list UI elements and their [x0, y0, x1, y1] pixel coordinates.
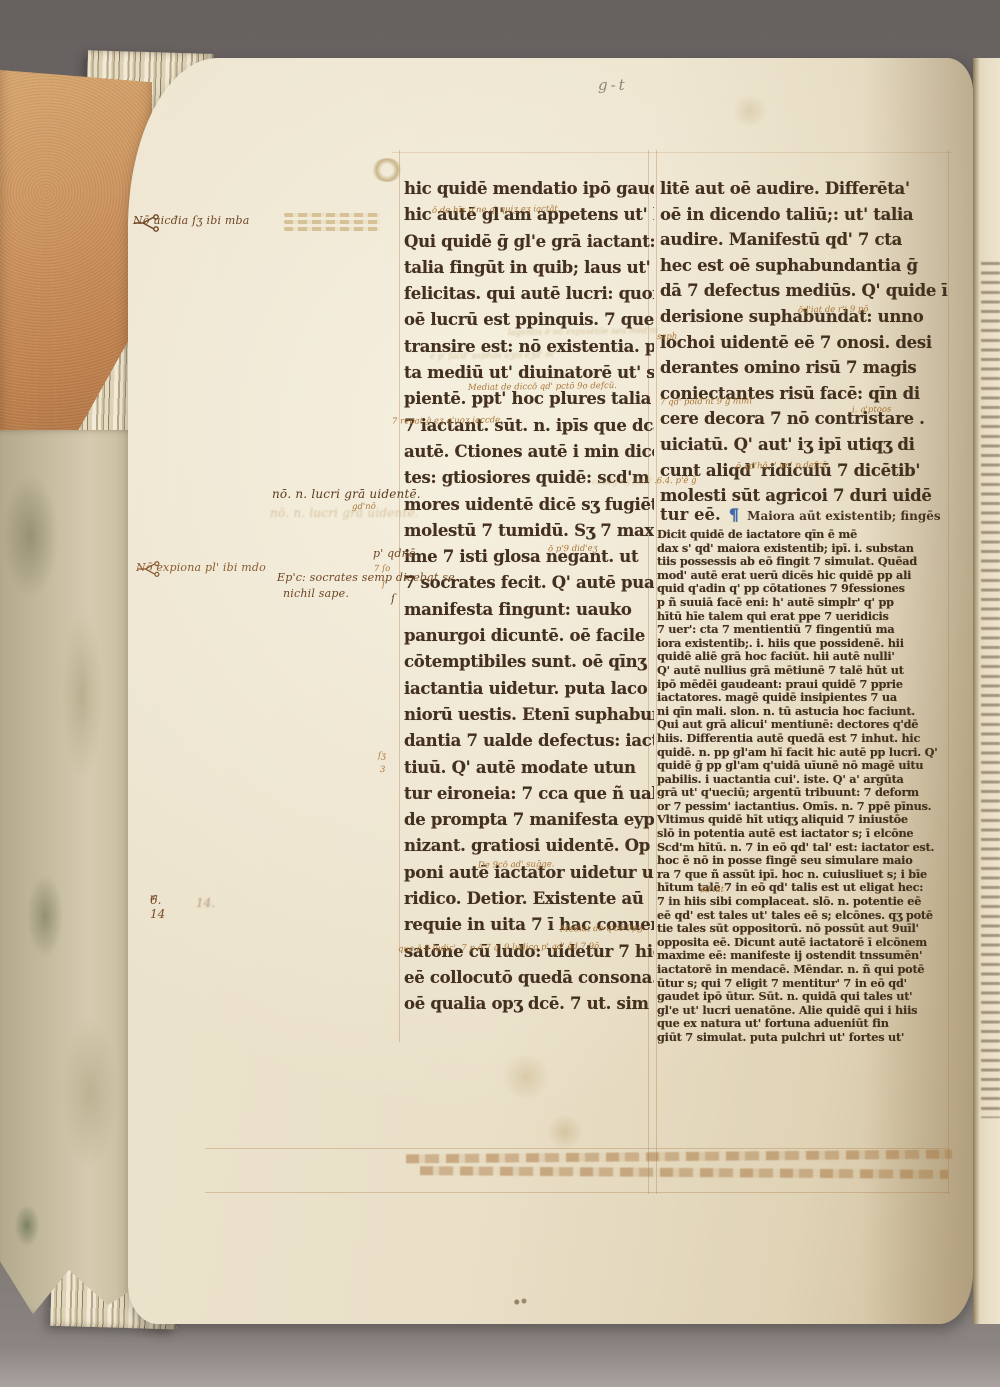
manuscript-text-line: p ñ suuiā facē eni: h' autē simplr' q' p…	[657, 596, 953, 610]
manuscript-text-line: litē aut oē audire. Differēta'	[660, 176, 952, 202]
manuscript-text-line: derantes omino risū 7 magis	[660, 355, 952, 381]
manuscript-text-line: dantia 7 ualde defectus: iacta	[404, 728, 654, 754]
manuscript-text-line: ime 7 isti glosa negant. ut	[404, 544, 654, 570]
manuscript-text-line: hoc ē nō in posse fingē seu simulare mai…	[657, 854, 953, 868]
manuscript-text-line: ni qīn mali. slon. n. tū astucia hoc fac…	[657, 705, 953, 719]
faded-margin-note	[284, 210, 380, 234]
manuscript-photograph: g-t hic quidē mendatio ipō gaudet.hic au…	[0, 0, 1000, 1387]
manuscript-text-line: tiis possessis ab eō fingit 7 simulat. Q…	[657, 555, 953, 569]
margin-note: p' qdnō	[373, 547, 416, 560]
manuscript-text-line: Q' autē nullius grā mētiunē 7 talē hūt u…	[657, 664, 953, 678]
manuscript-text-line: de prompta 7 manifesta eyp	[404, 807, 654, 833]
ruling-line-horizontal	[392, 152, 952, 153]
folio-pencil-mark: g-t	[598, 76, 628, 94]
manuscript-text-line: quidē aliē grā hoc faciūt. hii autē null…	[657, 650, 953, 664]
interlinear-gloss: De 9cō ad' suḡge.	[478, 859, 555, 870]
manuscript-text-line: cōtemptibiles sunt. oē qīnʒ	[404, 649, 654, 675]
ruling-line-horizontal	[205, 1148, 950, 1149]
margin-note: ſ	[391, 592, 395, 605]
manuscript-text-line: dā 7 defectus mediūs. Q' quide ī	[660, 278, 952, 304]
parchment-stain	[500, 1055, 552, 1099]
manuscript-text-line: pabilis. i uactantia cui'. iste. Q' a' a…	[657, 773, 953, 787]
blue-paraph-icon: ¶	[726, 505, 742, 524]
manuscript-text-line: Vltimus quidē hīt utiqʒ aliquid 7 iniust…	[657, 813, 953, 827]
interlinear-gloss: 7 repat ḡ eʒ q'uoʒ iaccde.	[392, 415, 503, 427]
manuscript-text-line: giūt 7 simulat. puta pulchri ut' fortes …	[657, 1031, 953, 1045]
interlinear-gloss: 7 ſo	[374, 564, 391, 574]
manuscript-text-line: hec est oē suphabundantia ḡ	[660, 253, 952, 279]
manuscript-text-line: panurgoi dicuntē. oē facile	[404, 623, 654, 649]
manuscript-text-line: oē qualia opʒ dcē. 7 ut. sim	[404, 991, 654, 1017]
manuscript-text-line: tie tales sūt oppositorū. nō possūt aut …	[657, 922, 953, 936]
manuscript-text-line: iactatorē in mendacē. Mēndar. n. ñ qui p…	[657, 963, 953, 977]
manuscript-text-line: gl'e ut' lucri uenatōne. Alie quidē qui …	[657, 1004, 953, 1018]
manuscript-text-line: iactantia uidetur. puta laco	[404, 676, 654, 702]
manuscript-text-line: quidē ḡ pp gl'am q'uidā uīunē nō magē ui…	[657, 759, 953, 773]
interlinear-gloss: ē p' facd' asphōs uʒio eʒd' m'	[430, 350, 556, 362]
margin-note: Nō expiona pl' ibi mdo	[136, 561, 160, 577]
manuscript-text-line: lochoi uidentē eē 7 onosi. desi	[660, 330, 952, 356]
manuscript-text-line: niorū uestis. Etenī suphabun	[404, 702, 654, 728]
interlinear-gloss: ſʒ	[378, 751, 386, 761]
text-column-left: hic quidē mendatio ipō gaudet.hic autē g…	[404, 176, 654, 1021]
manuscript-text-line: felicitas. qui autē lucri: quorū	[404, 281, 654, 307]
interlinear-gloss: seph	[657, 332, 677, 342]
interlinear-gloss: gd'nō	[352, 502, 376, 512]
manuscript-text-line: hītū hīe talem qui erat ppe 7 ueridicis	[657, 610, 953, 624]
manuscript-text-line: Qui aut grā alicui' mentiunē: dectores q…	[657, 718, 953, 732]
manuscript-text-line: iora existentib;. i. hiis que possidenē.…	[657, 637, 953, 651]
manuscript-text-line: iactatores. magē quidē insipientes 7 ua	[657, 691, 953, 705]
manuscript-text-line: quidē. n. pp gl'am hī facit hic autē pp …	[657, 746, 953, 760]
manuscript-text-line: mores uidentē dicē sʒ fugiētes	[404, 492, 654, 518]
manuscript-text-line: or 7 pessim' iactantius. Omīs. n. 7 ppē …	[657, 800, 953, 814]
manuscript-text-line: eē qd' est tales ut' tales eē s; elcōnes…	[657, 909, 953, 923]
ruling-line-horizontal	[205, 1192, 950, 1193]
parchment-stain	[512, 1297, 528, 1307]
manuscript-text-line: maxime eē: manifeste ij ostendit tnssumē…	[657, 949, 953, 963]
manuscript-text-line: ra 7 que ñ assūt ipī. hoc n. cuiusliuet …	[657, 868, 953, 882]
margin-note: Nō uicđia ſʒ ibi mba	[133, 214, 159, 232]
manuscript-text-line: ūtur s; qui 7 eligit 7 mentitur' 7 in eō…	[657, 977, 953, 991]
manuscript-text-line: Dicit quidē de iactatore qīn ē mē	[657, 528, 953, 542]
manuscript-text-line: manifesta fingunt: uauko	[404, 597, 654, 623]
manuscript-text-line: autē. Ctiones autē i min dicen	[404, 439, 654, 465]
interlinear-gloss: ō de hīs q'ne q' quiʒ eʒ iactāt.	[432, 204, 561, 216]
manuscript-text-line: cere decora 7 nō contristare .	[660, 406, 952, 432]
interlinear-gloss: ō qd'hō r' im' p defcū.	[736, 460, 830, 471]
parchment-stain	[545, 1115, 585, 1149]
interlinear-gloss: .6.4. p'ē ḡ	[654, 476, 697, 487]
manuscript-text-line: slō in potentia autē est iactator s; ī e…	[657, 827, 953, 841]
interlinear-gloss: ō p'9 did'eʒ	[548, 544, 598, 555]
manuscript-text-line: uiciatū. Q' aut' iʒ ipī utiqʒ di	[660, 432, 952, 458]
manuscript-text-line: hic quidē mendatio ipō gaudet.	[404, 176, 654, 202]
interlinear-gloss: i. q'ptoos	[852, 405, 891, 416]
margin-note: nichil sape.	[283, 587, 349, 600]
manuscript-text-line: hiis. Differentia autē quedā est 7 inhut…	[657, 732, 953, 746]
lemma-end-text: tur eē.	[660, 505, 721, 524]
manuscript-text-line: audire. Manifestū qd' 7 cta	[660, 227, 952, 253]
parchment-stain	[372, 158, 402, 182]
manuscript-text-line: 7 uer': cta 7 mentientiū 7 fingentiū ma	[657, 623, 953, 637]
margin-note-offset: nō. n. lucri grā uidentē.	[270, 506, 419, 520]
reference-number-faint: 14.	[196, 896, 215, 910]
manuscript-text-line: eē collocutō quedā consona.	[404, 965, 654, 991]
interlinear-gloss: 3	[380, 765, 386, 775]
interlinear-gloss: ōd'iat	[700, 885, 724, 895]
manuscript-text-line: tur eironeia: 7 cca que ñ ual	[404, 781, 654, 807]
next-page-text-sliver	[981, 262, 1000, 1118]
manuscript-text-line: quid q'adin q' pp cōtationes 7 9fessione…	[657, 582, 953, 596]
margin-note: Ep'c: socrates semp dicebat se	[277, 571, 455, 584]
parchment-stain	[730, 96, 770, 126]
manuscript-text-line: Scd'm hītū. n. 7 in eō qd' tal' est: iac…	[657, 841, 953, 855]
ruling-line-vertical	[399, 150, 400, 1042]
manuscript-text-line: Qui quidē ḡ gl'e grā iactant:	[404, 229, 654, 255]
text-column-right-small: Dicit quidē de iactatore qīn ē mēdax s' …	[657, 528, 953, 1048]
margin-note-text: Nō uicđia ſʒ ibi mba	[133, 214, 250, 227]
manuscript-text-line: ipō mēdēi gaudeant: praui quidē 7 pprie	[657, 678, 953, 692]
manuscript-text-line: grā ut' q'ueciū; argentū tribuunt: 7 def…	[657, 786, 953, 800]
interlinear-gloss: ſ	[382, 580, 385, 590]
margin-note: nō. n. lucri grā uidentē.	[272, 487, 421, 501]
manuscript-text-line: dax s' qd' maiora existentib; ipī. i. su…	[657, 542, 953, 556]
manuscript-text-line: que ex natura ut' fortuna adueniūt fin	[657, 1017, 953, 1031]
manuscript-text-line: opposita eē. Dicunt autē iactatorē ī elc…	[657, 936, 953, 950]
manuscript-text-line: gaudet ipō ūtur. Sūt. n. quidā qui tales…	[657, 990, 953, 1004]
manuscript-text-line: tiuū. Q' autē modate utun	[404, 755, 654, 781]
interlinear-gloss: ōd'iat de r'i 9 pō	[798, 305, 869, 316]
reference-number-sup: m	[150, 893, 158, 902]
manuscript-text-line: molestū 7 tumidū. Sʒ 7 max	[404, 518, 654, 544]
manuscript-text-line: oē in dicendo taliū;: ut' talia	[660, 202, 952, 228]
interlinear-gloss: cauōʒ eʒ facd'	[592, 477, 653, 488]
interlinear-gloss: lagentis ē nō expssētōe seu mēd'm	[508, 326, 658, 338]
text-line-mixed: tur eē. ¶ Maiora aūt existentib; fingēs	[660, 505, 952, 525]
interlinear-gloss: 7 qd' pold'nt 9 ḡ hīmī	[660, 396, 752, 407]
commentary-start-text: Maiora aūt existentib; fingēs	[747, 509, 940, 523]
margin-note-text: Nō expiona pl' ibi mdo	[136, 561, 266, 574]
interlinear-gloss: Mediat de diccō qd' pctō 9o defcū.	[468, 381, 617, 393]
manuscript-text-line: talia fingūt in quib; laus ut'	[404, 255, 654, 281]
manuscript-text-line: 7 in hiis sibi complaceat. slō. n. poten…	[657, 895, 953, 909]
interlinear-gloss: Mediat de q'cō 9pʒ	[560, 923, 642, 934]
manuscript-text-line: mod' autē erat uerū dicēs hic quidē pp a…	[657, 569, 953, 583]
manuscript-text-line: nizant. gratiosi uidentē. Op	[404, 833, 654, 859]
manuscript-text-line: ridico. Detior. Existente aū	[404, 886, 654, 912]
